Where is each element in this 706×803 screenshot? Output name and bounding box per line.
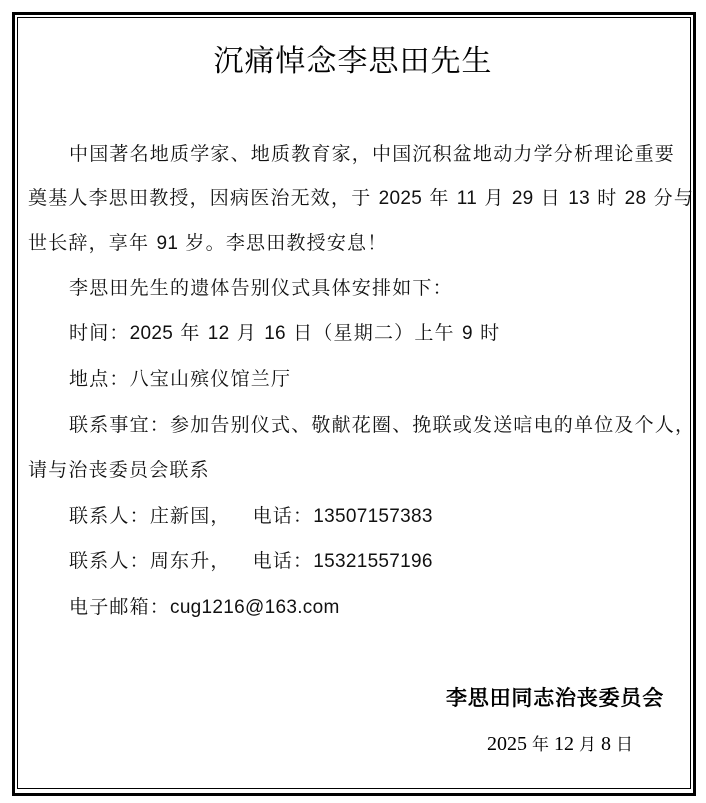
obituary-line-3: 世长辞，享年 91 岁。李思田教授安息！ bbox=[28, 229, 387, 257]
time-hour: 9 bbox=[462, 323, 473, 344]
contact-row: 联系人：庄新国，电话：13507157383 bbox=[69, 502, 433, 530]
age: 91 bbox=[156, 233, 178, 254]
death-month: 11 bbox=[457, 188, 477, 209]
time-label: 时间： bbox=[69, 322, 130, 344]
obituary-line-1: 中国著名地质学家、地质教育家，中国沉积盆地动力学分析理论重要 bbox=[69, 140, 675, 168]
time-text: 时 bbox=[473, 322, 500, 344]
contact-matters-line-2: 请与治丧委员会联系 bbox=[28, 456, 210, 484]
phone-number[interactable]: 13507157383 bbox=[313, 506, 433, 527]
inner-border bbox=[17, 17, 691, 789]
time-text: 月 bbox=[230, 322, 265, 344]
signature: 李思田同志治丧委员会 bbox=[446, 683, 664, 713]
issue-date: 2025 年 12 月 8 日 bbox=[487, 730, 633, 759]
date-unit: 月 bbox=[579, 735, 596, 755]
email-address[interactable]: cug1216@163.com bbox=[170, 597, 340, 618]
contact-label: 联系人： bbox=[69, 550, 150, 572]
contact-row: 联系人：周东升，电话：15321557196 bbox=[69, 547, 433, 575]
time-text: 年 bbox=[173, 322, 208, 344]
contact-label: 联系人： bbox=[69, 505, 150, 527]
date-year: 2025 bbox=[487, 733, 527, 755]
date-month: 12 bbox=[554, 733, 574, 755]
phone-label: 电话： bbox=[253, 550, 314, 572]
time-day: 16 bbox=[264, 323, 286, 344]
obituary-text: 岁。李思田教授安息！ bbox=[178, 232, 387, 254]
obituary-text: 分与 bbox=[646, 187, 694, 209]
contact-name: 庄新国， bbox=[150, 505, 231, 527]
email-row: 电子邮箱：cug1216@163.com bbox=[69, 593, 340, 621]
obituary-text: 奠基人李思田教授，因病医治无效，于 bbox=[28, 187, 379, 209]
contact-name: 周东升， bbox=[150, 550, 231, 572]
phone-number[interactable]: 15321557196 bbox=[313, 551, 433, 572]
death-year: 2025 bbox=[379, 188, 422, 209]
obituary-line-2: 奠基人李思田教授，因病医治无效，于 2025 年 11 月 29 日 13 时 … bbox=[28, 184, 694, 212]
ceremony-location: 地点：八宝山殡仪馆兰厅 bbox=[69, 365, 291, 393]
time-month: 12 bbox=[208, 323, 230, 344]
date-unit: 日 bbox=[616, 735, 633, 755]
contact-matters-line-1: 联系事宜：参加告别仪式、敬献花圈、挽联或发送唁电的单位及个人， bbox=[69, 411, 695, 439]
obituary-text: 时 bbox=[590, 187, 625, 209]
location-value: 八宝山殡仪馆兰厅 bbox=[130, 368, 292, 390]
phone-label: 电话： bbox=[253, 505, 314, 527]
ceremony-time: 时间：2025 年 12 月 16 日（星期二）上午 9 时 bbox=[69, 319, 500, 347]
arrangement-intro: 李思田先生的遗体告别仪式具体安排如下： bbox=[69, 274, 453, 302]
email-label: 电子邮箱： bbox=[69, 596, 170, 618]
date-day: 8 bbox=[601, 733, 611, 755]
obituary-text: 世长辞，享年 bbox=[28, 232, 156, 254]
obituary-text: 日 bbox=[534, 187, 569, 209]
death-hour: 13 bbox=[568, 188, 590, 209]
time-year: 2025 bbox=[130, 323, 173, 344]
death-day: 29 bbox=[512, 188, 534, 209]
death-minute: 28 bbox=[625, 188, 647, 209]
obituary-text: 月 bbox=[477, 187, 512, 209]
location-label: 地点： bbox=[69, 368, 130, 390]
time-text: 日（星期二）上午 bbox=[286, 322, 462, 344]
page-title: 沉痛悼念李思田先生 bbox=[0, 42, 706, 82]
obituary-text: 年 bbox=[422, 187, 457, 209]
date-unit: 年 bbox=[532, 735, 549, 755]
